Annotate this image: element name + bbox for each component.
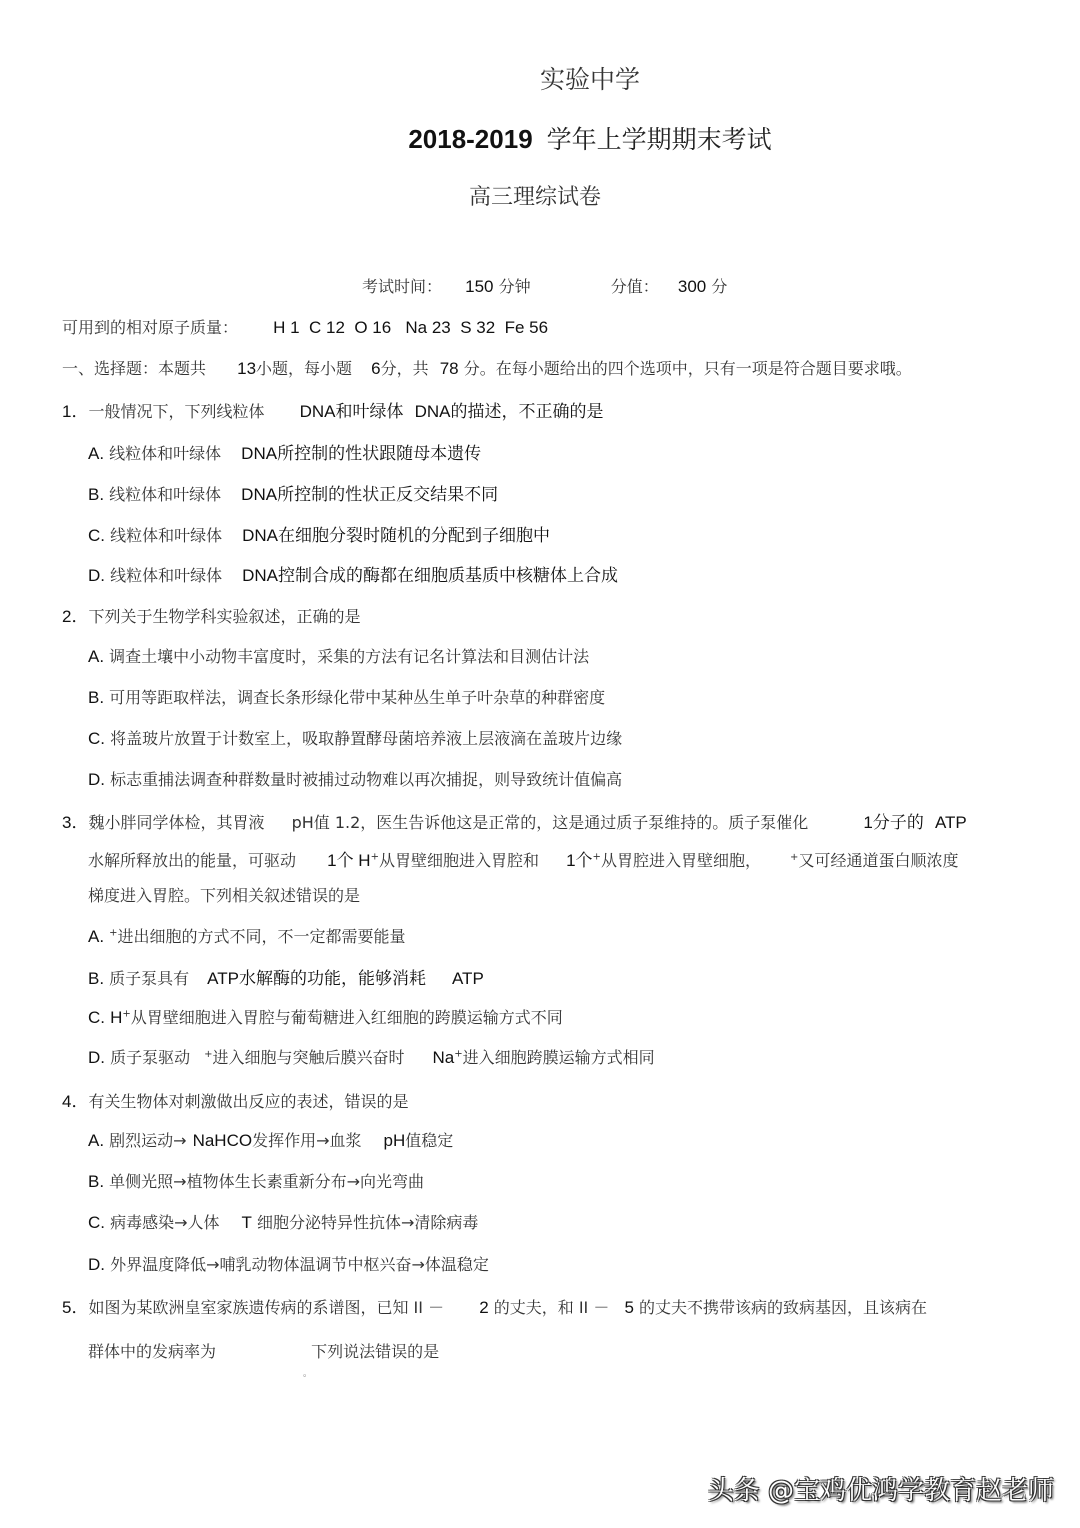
option-text: 进出细胞的方式不同，不一定都需要能量 xyxy=(118,927,406,946)
q2-option-c: C. 将盖玻片放置于计数室上，吸取静置酵母菌培养液上层液滴在盖玻片边缘 xyxy=(88,726,622,749)
q1-option-c: C. 线粒体和叶绿体DNA在细胞分裂时随机的分配到子细胞中 xyxy=(88,521,550,546)
paper-subtitle: 高三理综试卷 xyxy=(0,180,1070,211)
question-count: 13 xyxy=(237,359,256,378)
section-text: 分。在每小题给出的四个选项中，只有一项是符合题目要求哦。 xyxy=(464,359,912,378)
option-text: H xyxy=(110,1008,122,1027)
atomic-label: 可用到的相对原子质量： xyxy=(62,318,238,337)
option-text: DNA控制合成的酶都在细胞质基质中核糖体上合成 xyxy=(242,566,618,585)
option-label: B. xyxy=(88,969,104,988)
question-text: 1个 H xyxy=(327,851,370,870)
question-text: 从胃壁细胞进入胃腔和 xyxy=(379,851,539,870)
option-text: DNA所控制的性状正反交结果不同 xyxy=(241,485,498,504)
option-label: C. xyxy=(88,1213,105,1232)
option-text: 值稳定 xyxy=(405,1131,453,1150)
option-text: 调查土壤中小动物丰富度时，采集的方法有记名计算法和目测估计法 xyxy=(109,647,589,666)
points-total: 78 xyxy=(440,359,459,378)
option-label: A. xyxy=(88,1131,104,1150)
question-text: 一般情况下，下列线粒体 xyxy=(88,402,264,421)
option-label: A. xyxy=(88,647,104,666)
question-text: 下列说法错误的是 xyxy=(311,1342,439,1361)
option-text: 线粒体和叶绿体 xyxy=(109,485,221,504)
points-each: 6 xyxy=(371,359,380,378)
question-1: 1．一般情况下，下列线粒体 DNA和叶绿体 DNA的描述，不正确的是 xyxy=(62,397,603,422)
option-text: 发挥作用→血浆 xyxy=(252,1131,361,1150)
option-text: Na xyxy=(433,1048,455,1067)
question-number: 3． xyxy=(62,813,88,832)
option-text: 线粒体和叶绿体 xyxy=(110,566,222,585)
option-label: D. xyxy=(88,1255,105,1274)
option-text: 进入细胞与突触后膜兴奋时 xyxy=(213,1048,405,1067)
option-text: NaHCO xyxy=(193,1131,253,1150)
option-text: 线粒体和叶绿体 xyxy=(109,444,221,463)
option-text: ATP xyxy=(452,969,484,988)
question-text: 的丈夫，和 II － xyxy=(494,1298,610,1317)
option-text: DNA所控制的性状跟随母本遗传 xyxy=(241,444,481,463)
q4-option-b: B. 单侧光照→植物体生长素重新分布→向光弯曲 xyxy=(88,1169,424,1192)
question-text: 又可经通道蛋白顺浓度 xyxy=(798,851,958,870)
stray-dot: 。 xyxy=(303,1366,312,1379)
question-text: ATP xyxy=(935,813,967,832)
question-3-line-1: 3．魏小胖同学体检，其胃液 pH值 1.2，医生告诉他这是正常的，这是通过质子泵… xyxy=(62,808,967,833)
option-label: D. xyxy=(88,566,105,585)
q3-option-c: C. H+从胃壁细胞进入胃腔与葡萄糖进入红细胞的跨膜运输方式不同 xyxy=(88,1005,563,1028)
question-text: 魏小胖同学体检，其胃液 xyxy=(88,813,264,832)
question-text: 水解所释放出的能量，可驱动 xyxy=(88,851,296,870)
score-value: 300 xyxy=(678,277,706,296)
section-text: 小题，每小题 xyxy=(256,359,352,378)
option-text: 细胞分泌特异性抗体→清除病毒 xyxy=(257,1213,478,1232)
question-text: pH值 1.2，医生告诉他这是正常的，这是通过质子泵维持的。质子泵催化 xyxy=(292,813,809,832)
option-text: 进入细胞跨膜运输方式相同 xyxy=(463,1048,655,1067)
option-text: DNA在细胞分裂时随机的分配到子细胞中 xyxy=(242,526,550,545)
atomic-mass-row: 可用到的相对原子质量： H 1 C 12 O 16 Na 23 S 32 Fe … xyxy=(62,315,548,338)
q4-option-c: C. 病毒感染→人体T 细胞分泌特异性抗体→清除病毒 xyxy=(88,1210,478,1233)
atomic-values: H 1 C 12 O 16 Na 23 S 32 Fe 56 xyxy=(273,318,548,337)
question-text: 从胃腔进入胃壁细胞， xyxy=(601,851,761,870)
school-name: 实验中学 xyxy=(0,60,1080,96)
question-text: DNA的描述，不正确的是 xyxy=(415,402,604,421)
q4-option-a: A. 剧烈运动→NaHCO发挥作用→血浆pH值稳定 xyxy=(88,1128,453,1151)
q1-option-d: D. 线粒体和叶绿体DNA控制合成的酶都在细胞质基质中核糖体上合成 xyxy=(88,561,618,586)
q3-option-d: D. 质子泵驱动+进入细胞与突触后膜兴奋时Na+进入细胞跨膜运输方式相同 xyxy=(88,1045,655,1068)
option-label: C. xyxy=(88,729,105,748)
watermark: 头条 @宝鸡优鸿学教育赵老师 xyxy=(708,1470,1054,1507)
q2-option-d: D. 标志重捕法调查种群数量时被捕过动物难以再次捕捉，则导致统计值偏高 xyxy=(88,767,622,790)
question-4: 4．有关生物体对刺激做出反应的表述，错误的是 xyxy=(62,1087,408,1112)
q2-option-b: B. 可用等距取样法，调查长条形绿化带中某种丛生单子叶杂草的种群密度 xyxy=(88,685,605,708)
option-label: A. xyxy=(88,927,104,946)
exam-year: 2018-2019 xyxy=(408,124,532,154)
exam-name: 学年上学期期末考试 xyxy=(547,125,772,154)
option-text: 标志重捕法调查种群数量时被捕过动物难以再次捕捉，则导致统计值偏高 xyxy=(110,770,622,789)
question-number: 5． xyxy=(62,1298,88,1317)
question-text: 5 xyxy=(624,1298,633,1317)
option-label: B. xyxy=(88,1172,104,1191)
question-number: 2． xyxy=(62,607,88,626)
question-text: 下列关于生物学科实验叙述，正确的是 xyxy=(88,607,360,626)
question-text: 如图为某欧洲皇室家族遗传病的系谱图，已知 II － xyxy=(88,1298,444,1317)
question-3-line-3: 梯度进入胃腔。下列相关叙述错误的是 xyxy=(88,883,360,906)
question-text: DNA和叶绿体 xyxy=(300,402,404,421)
question-text: 2 xyxy=(479,1298,488,1317)
question-5-line-1: 5．如图为某欧洲皇室家族遗传病的系谱图，已知 II － 2 的丈夫，和 II －… xyxy=(62,1293,927,1318)
option-text: 质子泵具有 xyxy=(109,969,189,988)
option-label: D. xyxy=(88,1048,105,1067)
option-label: B. xyxy=(88,688,104,707)
option-text: 剧烈运动→ xyxy=(109,1131,186,1150)
option-text: 质子泵驱动 xyxy=(110,1048,190,1067)
option-text: T xyxy=(242,1213,252,1232)
option-label: B. xyxy=(88,485,104,504)
q1-option-b: B. 线粒体和叶绿体DNA所控制的性状正反交结果不同 xyxy=(88,480,498,505)
option-text: 从胃壁细胞进入胃腔与葡萄糖进入红细胞的跨膜运输方式不同 xyxy=(131,1008,563,1027)
question-text: 1个 xyxy=(566,851,592,870)
question-number: 4． xyxy=(62,1092,88,1111)
question-text: 的丈夫不携带该病的致病基因，且该病在 xyxy=(639,1298,927,1317)
option-text: pH xyxy=(384,1131,406,1150)
question-text: 群体中的发病率为 xyxy=(88,1342,216,1361)
section-instructions: 一、选择题：本题共 13小题，每小题 6分，共 78 分。在每小题给出的四个选项… xyxy=(62,356,912,379)
question-3-line-2: 水解所释放出的能量，可驱动 1个 H+从胃壁细胞进入胃腔和 1个+从胃腔进入胃壁… xyxy=(88,846,958,871)
option-text: 可用等距取样法，调查长条形绿化带中某种丛生单子叶杂草的种群密度 xyxy=(109,688,605,707)
question-5-line-2: 群体中的发病率为 下列说法错误的是 xyxy=(88,1339,439,1362)
option-label: C. xyxy=(88,526,105,545)
q4-option-d: D. 外界温度降低→哺乳动物体温调节中枢兴奋→体温稳定 xyxy=(88,1252,489,1275)
option-label: C. xyxy=(88,1008,105,1027)
option-text: ATP水解酶的功能，能够消耗 xyxy=(207,969,426,988)
score-unit: 分 xyxy=(711,277,727,296)
option-label: D. xyxy=(88,770,105,789)
time-value: 150 xyxy=(465,277,493,296)
option-label: A. xyxy=(88,444,104,463)
option-text: 将盖玻片放置于计数室上，吸取静置酵母菌培养液上层液滴在盖玻片边缘 xyxy=(110,729,622,748)
option-text: 线粒体和叶绿体 xyxy=(110,526,222,545)
option-text: 单侧光照→植物体生长素重新分布→向光弯曲 xyxy=(109,1172,424,1191)
section-text: 一、选择题：本题共 xyxy=(62,359,206,378)
option-text: 外界温度降低→哺乳动物体温调节中枢兴奋→体温稳定 xyxy=(110,1255,489,1274)
time-label: 考试时间： xyxy=(362,277,442,296)
option-text: 病毒感染→人体 xyxy=(110,1213,219,1232)
q2-option-a: A. 调查土壤中小动物丰富度时，采集的方法有记名计算法和目测估计法 xyxy=(88,644,589,667)
time-unit: 分钟 xyxy=(499,277,531,296)
question-2: 2．下列关于生物学科实验叙述，正确的是 xyxy=(62,602,360,627)
exam-time-row: 考试时间： 150 分钟 分值： 300 分 xyxy=(362,274,727,297)
q1-option-a: A. 线粒体和叶绿体DNA所控制的性状跟随母本遗传 xyxy=(88,439,481,464)
question-text: 1分子的 xyxy=(863,813,923,832)
question-text: 有关生物体对刺激做出反应的表述，错误的是 xyxy=(88,1092,408,1111)
q3-option-a: A. +进出细胞的方式不同，不一定都需要能量 xyxy=(88,924,406,947)
exam-title: 2018-2019学年上学期期末考试 xyxy=(0,120,1080,156)
section-text: 分，共 xyxy=(381,359,429,378)
score-label: 分值： xyxy=(611,277,659,296)
question-number: 1． xyxy=(62,402,88,421)
q3-option-b: B. 质子泵具有ATP水解酶的功能，能够消耗ATP xyxy=(88,964,484,989)
